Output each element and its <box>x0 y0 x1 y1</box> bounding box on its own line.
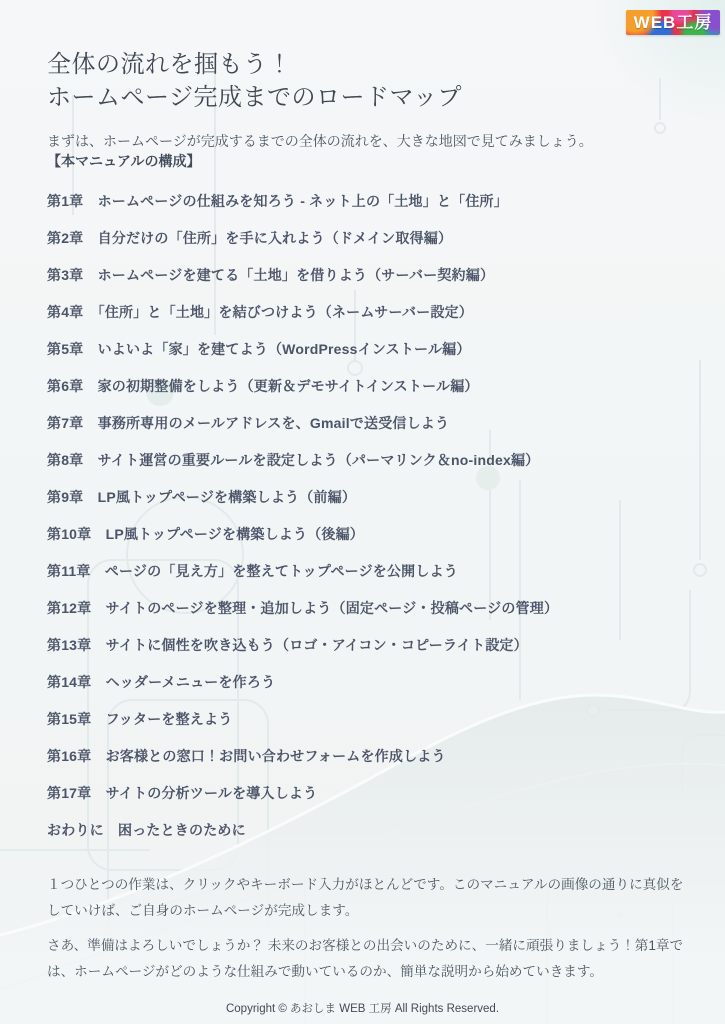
site-logo-text: WEB工房 <box>634 14 713 31</box>
page-title-line2: ホームページ完成までのロードマップ <box>47 81 695 114</box>
page-title-line1: 全体の流れを掴もう！ <box>47 48 695 81</box>
toc-item-ending: おわりに 困ったときのために <box>47 822 697 838</box>
toc-heading: 【本マニュアルの構成】 <box>47 151 200 171</box>
toc-item-chapter-12: 第12章 サイトのページを整理・追加しよう（固定ページ・投稿ページの管理） <box>47 600 697 616</box>
toc-item-chapter-10: 第10章 LP風トップページを構築しよう（後編） <box>47 526 697 542</box>
toc-item-chapter-6: 第6章 家の初期整備をしよう（更新＆デモサイトインストール編） <box>47 378 697 394</box>
toc-item-chapter-16: 第16章 お客様との窓口！お問い合わせフォームを作成しよう <box>47 748 697 764</box>
site-logo[interactable]: WEB工房 <box>626 10 720 35</box>
toc-list: 第1章 ホームページの仕組みを知ろう - ネット上の「土地」と「住所」 第2章 … <box>47 193 697 859</box>
toc-item-chapter-9: 第9章 LP風トップページを構築しよう（前編） <box>47 489 697 505</box>
toc-item-chapter-3: 第3章 ホームページを建てる「土地」を借りよう（サーバー契約編） <box>47 267 697 283</box>
toc-item-chapter-2: 第2章 自分だけの「住所」を手に入れよう（ドメイン取得編） <box>47 230 697 246</box>
toc-item-chapter-1: 第1章 ホームページの仕組みを知ろう - ネット上の「土地」と「住所」 <box>47 193 697 209</box>
toc-item-chapter-5: 第5章 いよいよ「家」を建てよう（WordPressインストール編） <box>47 341 697 357</box>
closing-paragraph-1: １つひとつの作業は、クリックやキーボード入力がほとんどです。このマニュアルの画像… <box>47 872 695 924</box>
toc-item-chapter-14: 第14章 ヘッダーメニューを作ろう <box>47 674 697 690</box>
page: WEB工房 全体の流れを掴もう！ ホームページ完成までのロードマップ まずは、ホ… <box>0 0 725 1024</box>
closing-section: １つひとつの作業は、クリックやキーボード入力がほとんどです。このマニュアルの画像… <box>47 872 695 994</box>
toc-item-chapter-17: 第17章 サイトの分析ツールを導入しよう <box>47 785 697 801</box>
closing-paragraph-2: さあ、準備はよろしいでしょうか？ 未来のお客様との出会いのために、一緒に頑張りま… <box>47 933 695 985</box>
toc-item-chapter-13: 第13章 サイトに個性を吹き込もう（ロゴ・アイコン・コピーライト設定） <box>47 637 697 653</box>
toc-item-chapter-7: 第7章 事務所専用のメールアドレスを、Gmailで送受信しよう <box>47 415 697 431</box>
toc-item-chapter-4: 第4章 「住所」と「土地」を結びつけよう（ネームサーバー設定） <box>47 304 697 320</box>
toc-item-chapter-15: 第15章 フッターを整えよう <box>47 711 697 727</box>
copyright-notice: Copyright © あおしま WEB 工房 All Rights Reser… <box>0 1000 725 1016</box>
toc-item-chapter-11: 第11章 ページの「見え方」を整えてトップページを公開しよう <box>47 563 697 579</box>
page-title: 全体の流れを掴もう！ ホームページ完成までのロードマップ <box>47 48 695 114</box>
toc-item-chapter-8: 第8章 サイト運営の重要ルールを設定しよう（パーマリンク＆no-index編） <box>47 452 697 468</box>
intro-text: まずは、ホームページが完成するまでの全体の流れを、大きな地図で見てみましょう。 <box>47 131 695 151</box>
